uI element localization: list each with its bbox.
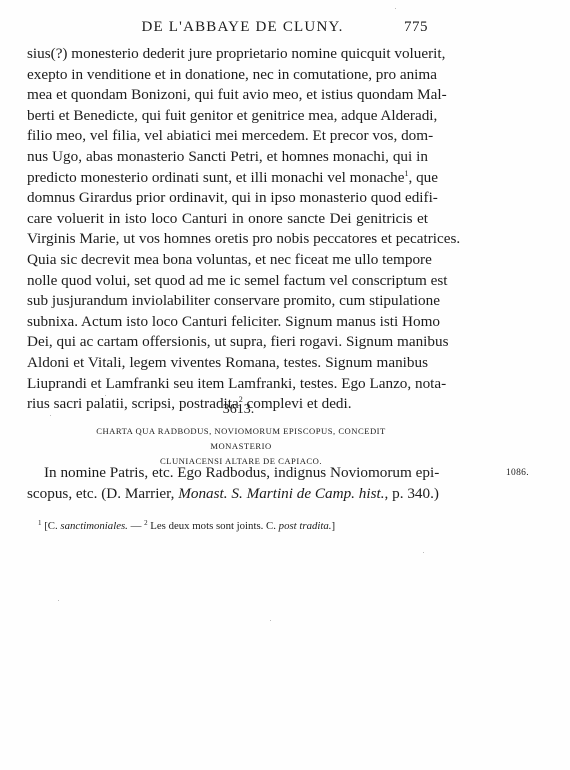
text-line: care voluerit in isto loco Canturi in on… [27, 209, 428, 230]
text-segment: [C. [42, 520, 61, 532]
scan-speck [395, 8, 396, 9]
text-segment: ] [331, 520, 335, 532]
text-segment: predicto monesterio ordinati sunt, et il… [27, 169, 404, 186]
text-line: sius(?) monesterio dederit jure propriet… [27, 44, 428, 65]
scan-speck [50, 415, 51, 416]
scan-speck [105, 395, 106, 396]
text-segment: Les deux mots sont joints. C. [148, 520, 279, 532]
text-segment: , que [408, 169, 438, 186]
text-line: mea et quondam Bonizoni, qui fuit avio m… [27, 85, 428, 106]
text-line: domnus Girardus prior ordinavit, qui in … [27, 188, 428, 209]
text-line: exepto in venditione et in donatione, ne… [27, 65, 428, 86]
text-line: berti et Benedicte, qui fuit genitor et … [27, 106, 428, 127]
running-title: DE L'ABBAYE DE CLUNY. [27, 19, 428, 36]
text-line: Aldoni et Vitali, legem viventes Romana,… [27, 353, 428, 374]
footnote-variant: post tradita. [279, 520, 332, 532]
text-line: Virginis Marie, ut vos homnes oretis pro… [27, 229, 428, 250]
page-number: 775 [404, 19, 428, 36]
text-line: Dei, qui ac cartam offersionis, ut supra… [27, 332, 428, 353]
scan-speck [270, 620, 271, 621]
document-page: DE L'ABBAYE DE CLUNY. 775 sius(?) monest… [0, 0, 570, 770]
text-line: Quia sic decrevit mea bona voluntas, et … [27, 250, 428, 271]
text-line: subnixa. Actum isto loco Canturi felicit… [27, 312, 428, 333]
margin-date: 1086. [506, 468, 529, 478]
text-line: In nomine Patris, etc. Ego Radbodus, ind… [27, 463, 428, 484]
text-line: predicto monesterio ordinati sunt, et il… [27, 168, 428, 189]
text-segment: — [128, 520, 144, 532]
running-head: DE L'ABBAYE DE CLUNY. 775 [27, 19, 428, 39]
charter-heading-line: CHARTA QUA RADBODUS, NOVIOMORUM EPISCOPU… [82, 424, 400, 454]
text-line: Liuprandi et Lamfranki seu item Lamfrank… [27, 374, 428, 395]
text-line: nus Ugo, abas monasterio Sancti Petri, e… [27, 147, 428, 168]
charter-number: 3613. [27, 402, 428, 418]
scan-speck [58, 600, 59, 601]
text-line: filio meo, vel filia, vel abiatici mei m… [27, 126, 428, 147]
text-line: nolle quod volui, set quod ad me ic seme… [27, 271, 428, 292]
text-line: scopus, etc. (D. Marrier, Monast. S. Mar… [27, 484, 428, 505]
charter-continuation-text: sius(?) monesterio dederit jure propriet… [27, 44, 428, 415]
scan-speck [423, 552, 424, 553]
footnote-variant: sanctimoniales. [60, 520, 127, 532]
footnotes: 1 [C. sanctimoniales. — 2 Les deux mots … [38, 520, 335, 532]
text-segment: , p. 340.) [385, 485, 439, 502]
charter-body: In nomine Patris, etc. Ego Radbodus, ind… [27, 463, 428, 504]
text-line: sub jusjurandum inviolabiliter conservar… [27, 291, 428, 312]
text-segment: scopus, etc. (D. Marrier, [27, 485, 178, 502]
source-title: Monast. S. Martini de Camp. hist. [178, 485, 384, 502]
